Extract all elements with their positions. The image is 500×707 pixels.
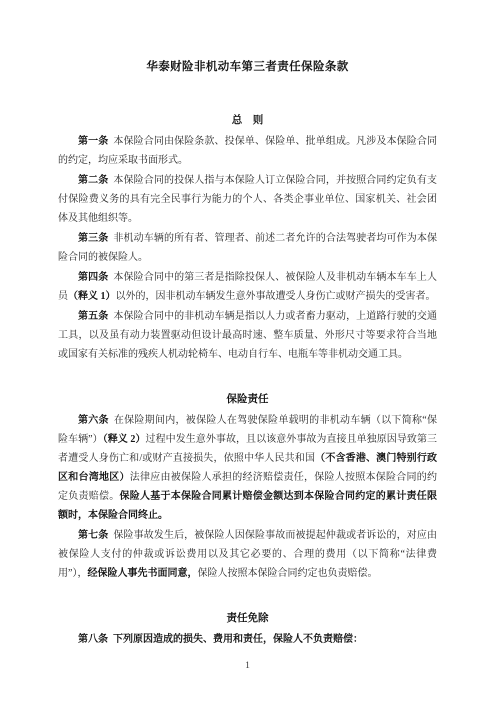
text-segment: 经保险人事先书面同意，	[87, 568, 197, 579]
section-heading-general-provisions: 总 则	[58, 111, 437, 130]
text-segment: 下列原因造成的损失、费用和责任，保险人不负责赔偿：	[113, 634, 363, 645]
document-body: 总 则第一条本保险合同由保险条款、投保单、保险单、批单组成。凡涉及本保险合同的约…	[58, 111, 437, 649]
article-7: 第七条保险事故发生后，被保险人因保险事故而被提起仲裁或者诉讼的，对应由被保险人支…	[58, 526, 437, 583]
article-5: 第五条本保险合同中的非机动车辆是指以人力或者畜力驱动，上道路行驶的交通工具，以及…	[58, 307, 437, 364]
article-number: 第五条	[78, 311, 108, 322]
text-segment: 本保险合同由保险条款、投保单、保险单、批单组成。凡涉及本保险合同的约定，均应采取…	[58, 136, 437, 166]
text-segment: 非机动车辆的所有者、管理者、前述二者允许的合法驾驶者均可作为本保险合同的被保险人…	[58, 233, 437, 263]
text-segment: （释义 1）	[68, 291, 116, 302]
page-number: 1	[58, 661, 437, 671]
article-3: 第三条非机动车辆的所有者、管理者、前述二者允许的合法驾驶者均可作为本保险合同的被…	[58, 229, 437, 267]
article-number: 第一条	[78, 136, 108, 147]
article-number: 第二条	[78, 175, 108, 186]
article-8: 第八条下列原因造成的损失、费用和责任，保险人不负责赔偿：	[58, 630, 437, 649]
text-segment: 本保险合同中的非机动车辆是指以人力或者畜力驱动，上道路行驶的交通工具，以及虽有动…	[58, 311, 437, 360]
article-2: 第二条本保险合同的投保人指与本保险人订立保险合同，并按照合同约定负有支付保险费义…	[58, 171, 437, 228]
text-segment: （释义 2）	[103, 434, 146, 445]
document-title: 华泰财险非机动车第三者责任保险条款	[58, 60, 437, 75]
article-4: 第四条本保险合同中的第三者是指除投保人、被保险人及非机动车辆本车车上人员（释义 …	[58, 268, 437, 306]
article-1: 第一条本保险合同由保险条款、投保单、保险单、批单组成。凡涉及本保险合同的约定，均…	[58, 132, 437, 170]
article-number: 第七条	[78, 530, 108, 541]
document-page: 华泰财险非机动车第三者责任保险条款 总 则第一条本保险合同由保险条款、投保单、保…	[0, 0, 500, 707]
text-segment: 保险人按照本保险合同约定也负责赔偿。	[197, 568, 377, 579]
article-number: 第六条	[78, 415, 109, 426]
article-number: 第八条	[78, 634, 108, 645]
article-number: 第四条	[78, 272, 108, 283]
article-number: 第三条	[78, 233, 108, 244]
section-heading-exclusions: 责任免除	[58, 609, 437, 628]
section-heading-insurance-liability: 保险责任	[58, 390, 437, 409]
text-segment: 本保险合同的投保人指与本保险人订立保险合同，并按照合同约定负有支付保险费义务的具…	[58, 175, 437, 224]
text-segment: 以外的，因非机动车辆发生意外事故遭受人身伤亡或财产损失的受害者。	[116, 291, 436, 302]
article-6: 第六条在保险期间内，被保险人在驾驶保险单载明的非机动车辆（以下简称“保险车辆”）…	[58, 411, 437, 525]
